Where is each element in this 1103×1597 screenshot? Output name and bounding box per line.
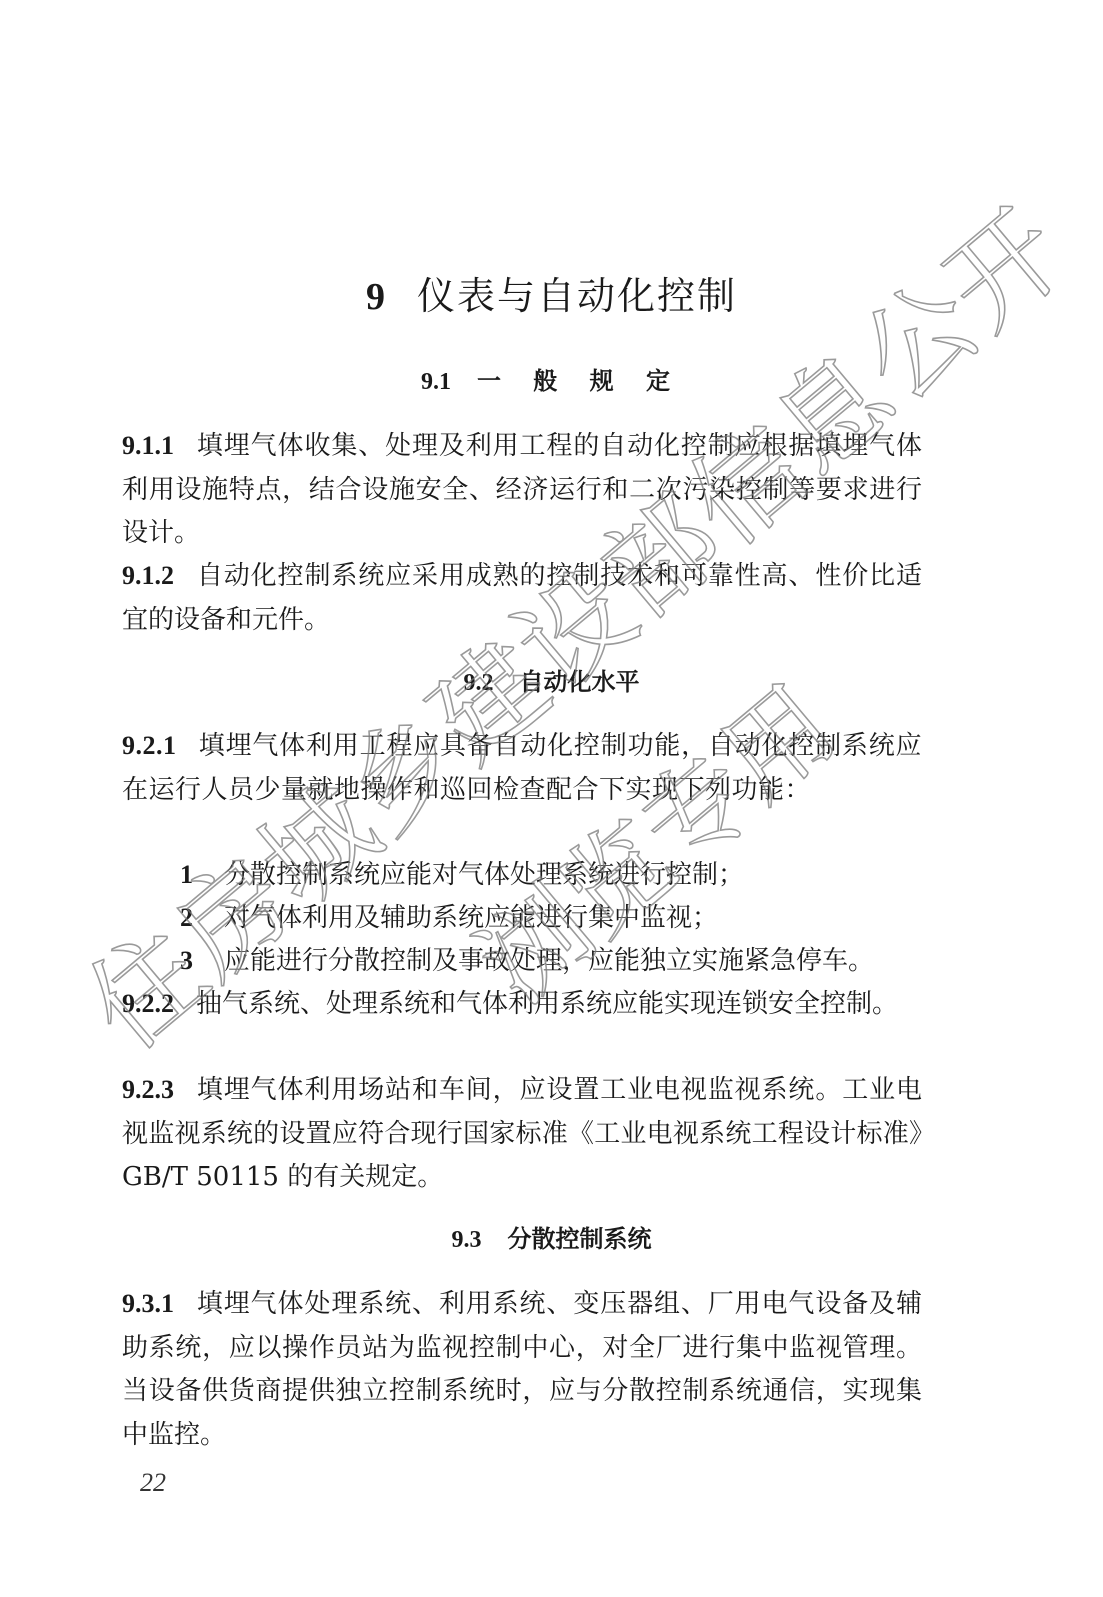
document-page: 9仪表与自动化控制 9.1一 般 规 定 9.1.1填埋气体收集、处理及利用工程… [0, 0, 1103, 1597]
list-item: 1分散控制系统应能对气体处理系统进行控制； [180, 853, 744, 898]
page-number: 22 [140, 1468, 166, 1498]
item-number: 1 [180, 853, 224, 897]
item-text: 应能进行分散控制及事故处理，应能独立实施紧急停车。 [224, 946, 874, 976]
section-title-text: 一 般 规 定 [477, 366, 682, 395]
clause-text: 填埋气体利用场站和车间，应设置工业电视监视系统。工业电视监视系统的设置应符合现行… [122, 1075, 922, 1192]
clause-text: 填埋气体收集、处理及利用工程的自动化控制应根据填埋气体利用设施特点，结合设施安全… [122, 431, 922, 548]
clause-number: 9.3.1 [122, 1289, 174, 1318]
clause-number: 9.2.1 [122, 731, 177, 760]
section-number: 9.1 [421, 369, 451, 395]
section-title-text: 分散控制系统 [508, 1224, 652, 1253]
chapter-title: 9仪表与自动化控制 [0, 270, 1103, 323]
chapter-number: 9 [366, 276, 387, 318]
clause-number: 9.2.3 [122, 1075, 174, 1104]
clause-text: 填埋气体处理系统、利用系统、变压器组、厂用电气设备及辅助系统，应以操作员站为监视… [122, 1289, 922, 1450]
clause-text: 填埋气体利用工程应具备自动化控制功能，自动化控制系统应在运行人员少量就地操作和巡… [122, 731, 922, 805]
clause-9-1-1: 9.1.1填埋气体收集、处理及利用工程的自动化控制应根据填埋气体利用设施特点，结… [122, 424, 922, 556]
clause-9-3-1: 9.3.1填埋气体处理系统、利用系统、变压器组、厂用电气设备及辅助系统，应以操作… [122, 1282, 922, 1457]
section-title-9-3: 9.3分散控制系统 [0, 1222, 1103, 1257]
clause-text: 自动化控制系统应采用成熟的控制技术和可靠性高、性价比适宜的设备和元件。 [122, 561, 922, 635]
section-title-9-1: 9.1一 般 规 定 [0, 364, 1103, 399]
section-title-text: 自动化水平 [520, 667, 640, 696]
clause-text: 抽气系统、处理系统和气体利用系统应能实现连锁安全控制。 [196, 989, 898, 1019]
clause-number: 9.1.1 [122, 431, 174, 460]
section-title-9-2: 9.2自动化水平 [0, 665, 1103, 700]
list-item: 3应能进行分散控制及事故处理，应能独立实施紧急停车。 [180, 939, 874, 984]
item-text: 对气体利用及辅助系统应能进行集中监视； [224, 903, 718, 933]
list-item: 2对气体利用及辅助系统应能进行集中监视； [180, 896, 718, 941]
section-number: 9.3 [452, 1227, 482, 1253]
item-text: 分散控制系统应能对气体处理系统进行控制； [224, 860, 744, 890]
item-number: 3 [180, 939, 224, 983]
item-number: 2 [180, 896, 224, 940]
chapter-title-text: 仪表与自动化控制 [417, 274, 737, 318]
clause-9-2-1: 9.2.1填埋气体利用工程应具备自动化控制功能，自动化控制系统应在运行人员少量就… [122, 724, 922, 812]
section-number: 9.2 [464, 670, 494, 696]
clause-9-2-2: 9.2.2抽气系统、处理系统和气体利用系统应能实现连锁安全控制。 [122, 982, 922, 1027]
clause-number: 9.1.2 [122, 561, 174, 590]
clause-number: 9.2.2 [122, 989, 174, 1018]
clause-9-2-3: 9.2.3填埋气体利用场站和车间，应设置工业电视监视系统。工业电视监视系统的设置… [122, 1068, 922, 1200]
clause-9-1-2: 9.1.2自动化控制系统应采用成熟的控制技术和可靠性高、性价比适宜的设备和元件。 [122, 554, 922, 642]
